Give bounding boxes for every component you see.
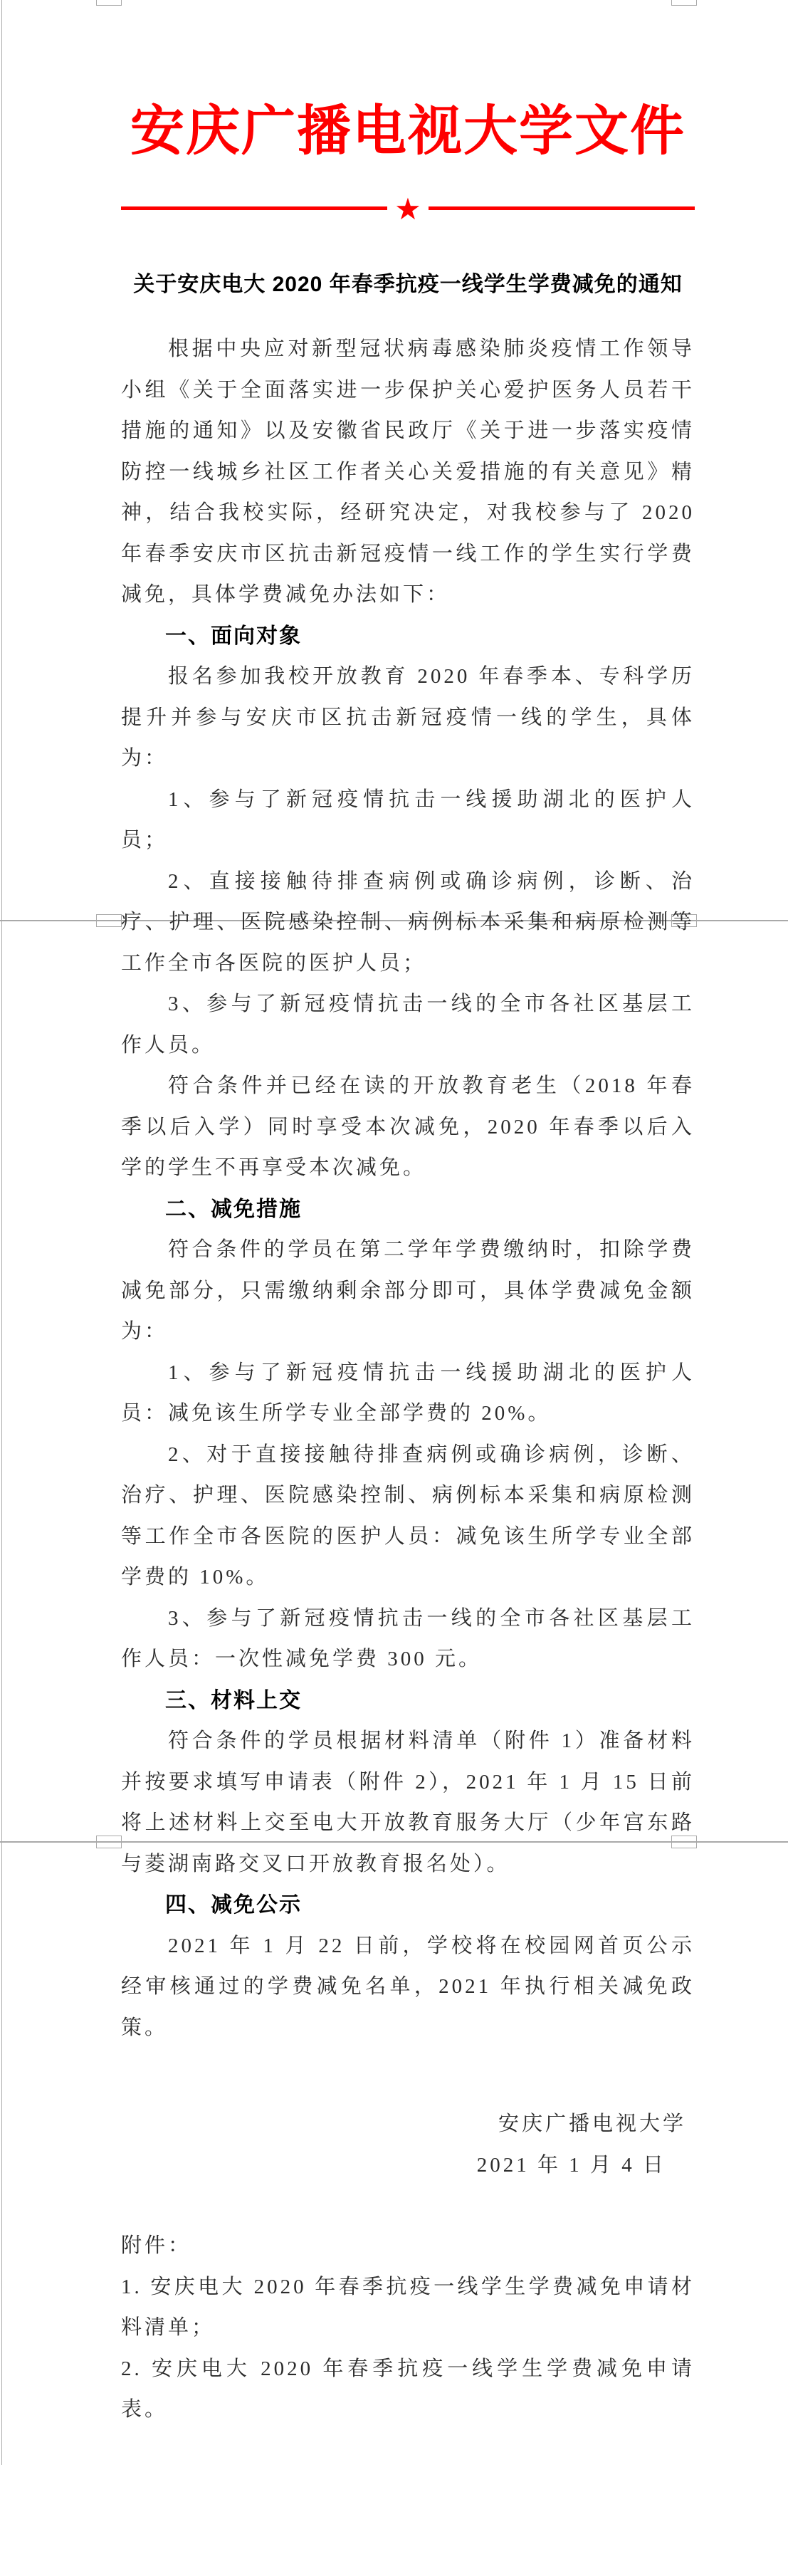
list-item: 3、参与了新冠疫情抗击一线的全市各社区基层工作人员：一次性减免学费 300 元。 [121,1598,695,1680]
signature-block: 安庆广播电视大学 2021 年 1 月 4 日 [121,2104,695,2186]
text-boundary-crop-mark [671,0,697,6]
letterhead-title: 安庆广播电视大学文件 [121,100,695,164]
text-boundary-crop-mark [96,0,122,6]
page-left-border [1,0,2,2465]
attachment-item: 1. 安庆电大 2020 年春季抗疫一线学生学费减免申请材料清单； [121,2267,695,2349]
paragraph: 符合条件的学员在第二学年学费缴纳时，扣除学费减免部分，只需缴纳剩余部分即可，具体… [121,1230,695,1353]
signature-org: 安庆广播电视大学 [121,2104,695,2145]
text-boundary-crop-mark [96,914,122,927]
paragraph: 报名参加我校开放教育 2020 年春季本、专科学历提升并参与安庆市区抗击新冠疫情… [121,656,695,780]
star-icon: ★ [394,195,421,225]
paragraph: 2021 年 1 月 22 日前，学校将在校园网首页公示经审核通过的学费减免名单… [121,1926,695,2049]
document-page: { "colors":{"accent_red":"#fe0000","page… [0,0,788,2576]
red-divider-rule: ★ [121,192,695,224]
section-heading: 三、材料上交 [121,1680,695,1722]
section-heading: 一、面向对象 [121,616,695,657]
attachment-item: 2. 安庆电大 2020 年春季抗疫一线学生学费减免申请表。 [121,2349,695,2431]
attachments-label: 附件： [121,2226,695,2267]
paragraph: 根据中央应对新型冠状病毒感染肺炎疫情工作领导小组《关于全面落实进一步保护关心爱护… [121,329,695,616]
document-content: 安庆广播电视大学文件 ★ 关于安庆电大 2020 年春季抗疫一线学生学费减免的通… [121,100,695,2431]
text-boundary-crop-mark [96,1836,122,1848]
list-item: 2、直接接触待排查病例或确诊病例，诊断、治疗、护理、医院感染控制、病例标本采集和… [121,862,695,985]
list-item: 2、对于直接接触待排查病例或确诊病例，诊断、治疗、护理、医院感染控制、病例标本采… [121,1435,695,1598]
list-item: 3、参与了新冠疫情抗击一线的全市各社区基层工作人员。 [121,984,695,1066]
signature-date: 2021 年 1 月 4 日 [121,2145,695,2187]
red-rule-left-segment [121,206,387,210]
paragraph: 符合条件并已经在读的开放教育老生（2018 年春季以后入学）同时享受本次减免，2… [121,1066,695,1189]
list-item: 1、参与了新冠疫情抗击一线援助湖北的医护人员； [121,780,695,862]
red-rule-right-segment [429,206,695,210]
section-heading: 二、减免措施 [121,1189,695,1230]
paragraph: 符合条件的学员根据材料清单（附件 1）准备材料并按要求填写申请表（附件 2），2… [121,1721,695,1885]
attachments-block: 附件： 1. 安庆电大 2020 年春季抗疫一线学生学费减免申请材料清单； 2.… [121,2226,695,2431]
list-item: 1、参与了新冠疫情抗击一线援助湖北的医护人员：减免该生所学专业全部学费的 20%… [121,1353,695,1435]
document-body: 根据中央应对新型冠状病毒感染肺炎疫情工作领导小组《关于全面落实进一步保护关心爱护… [121,329,695,2048]
document-title: 关于安庆电大 2020 年春季抗疫一线学生学费减免的通知 [121,271,695,299]
section-heading: 四、减免公示 [121,1885,695,1926]
